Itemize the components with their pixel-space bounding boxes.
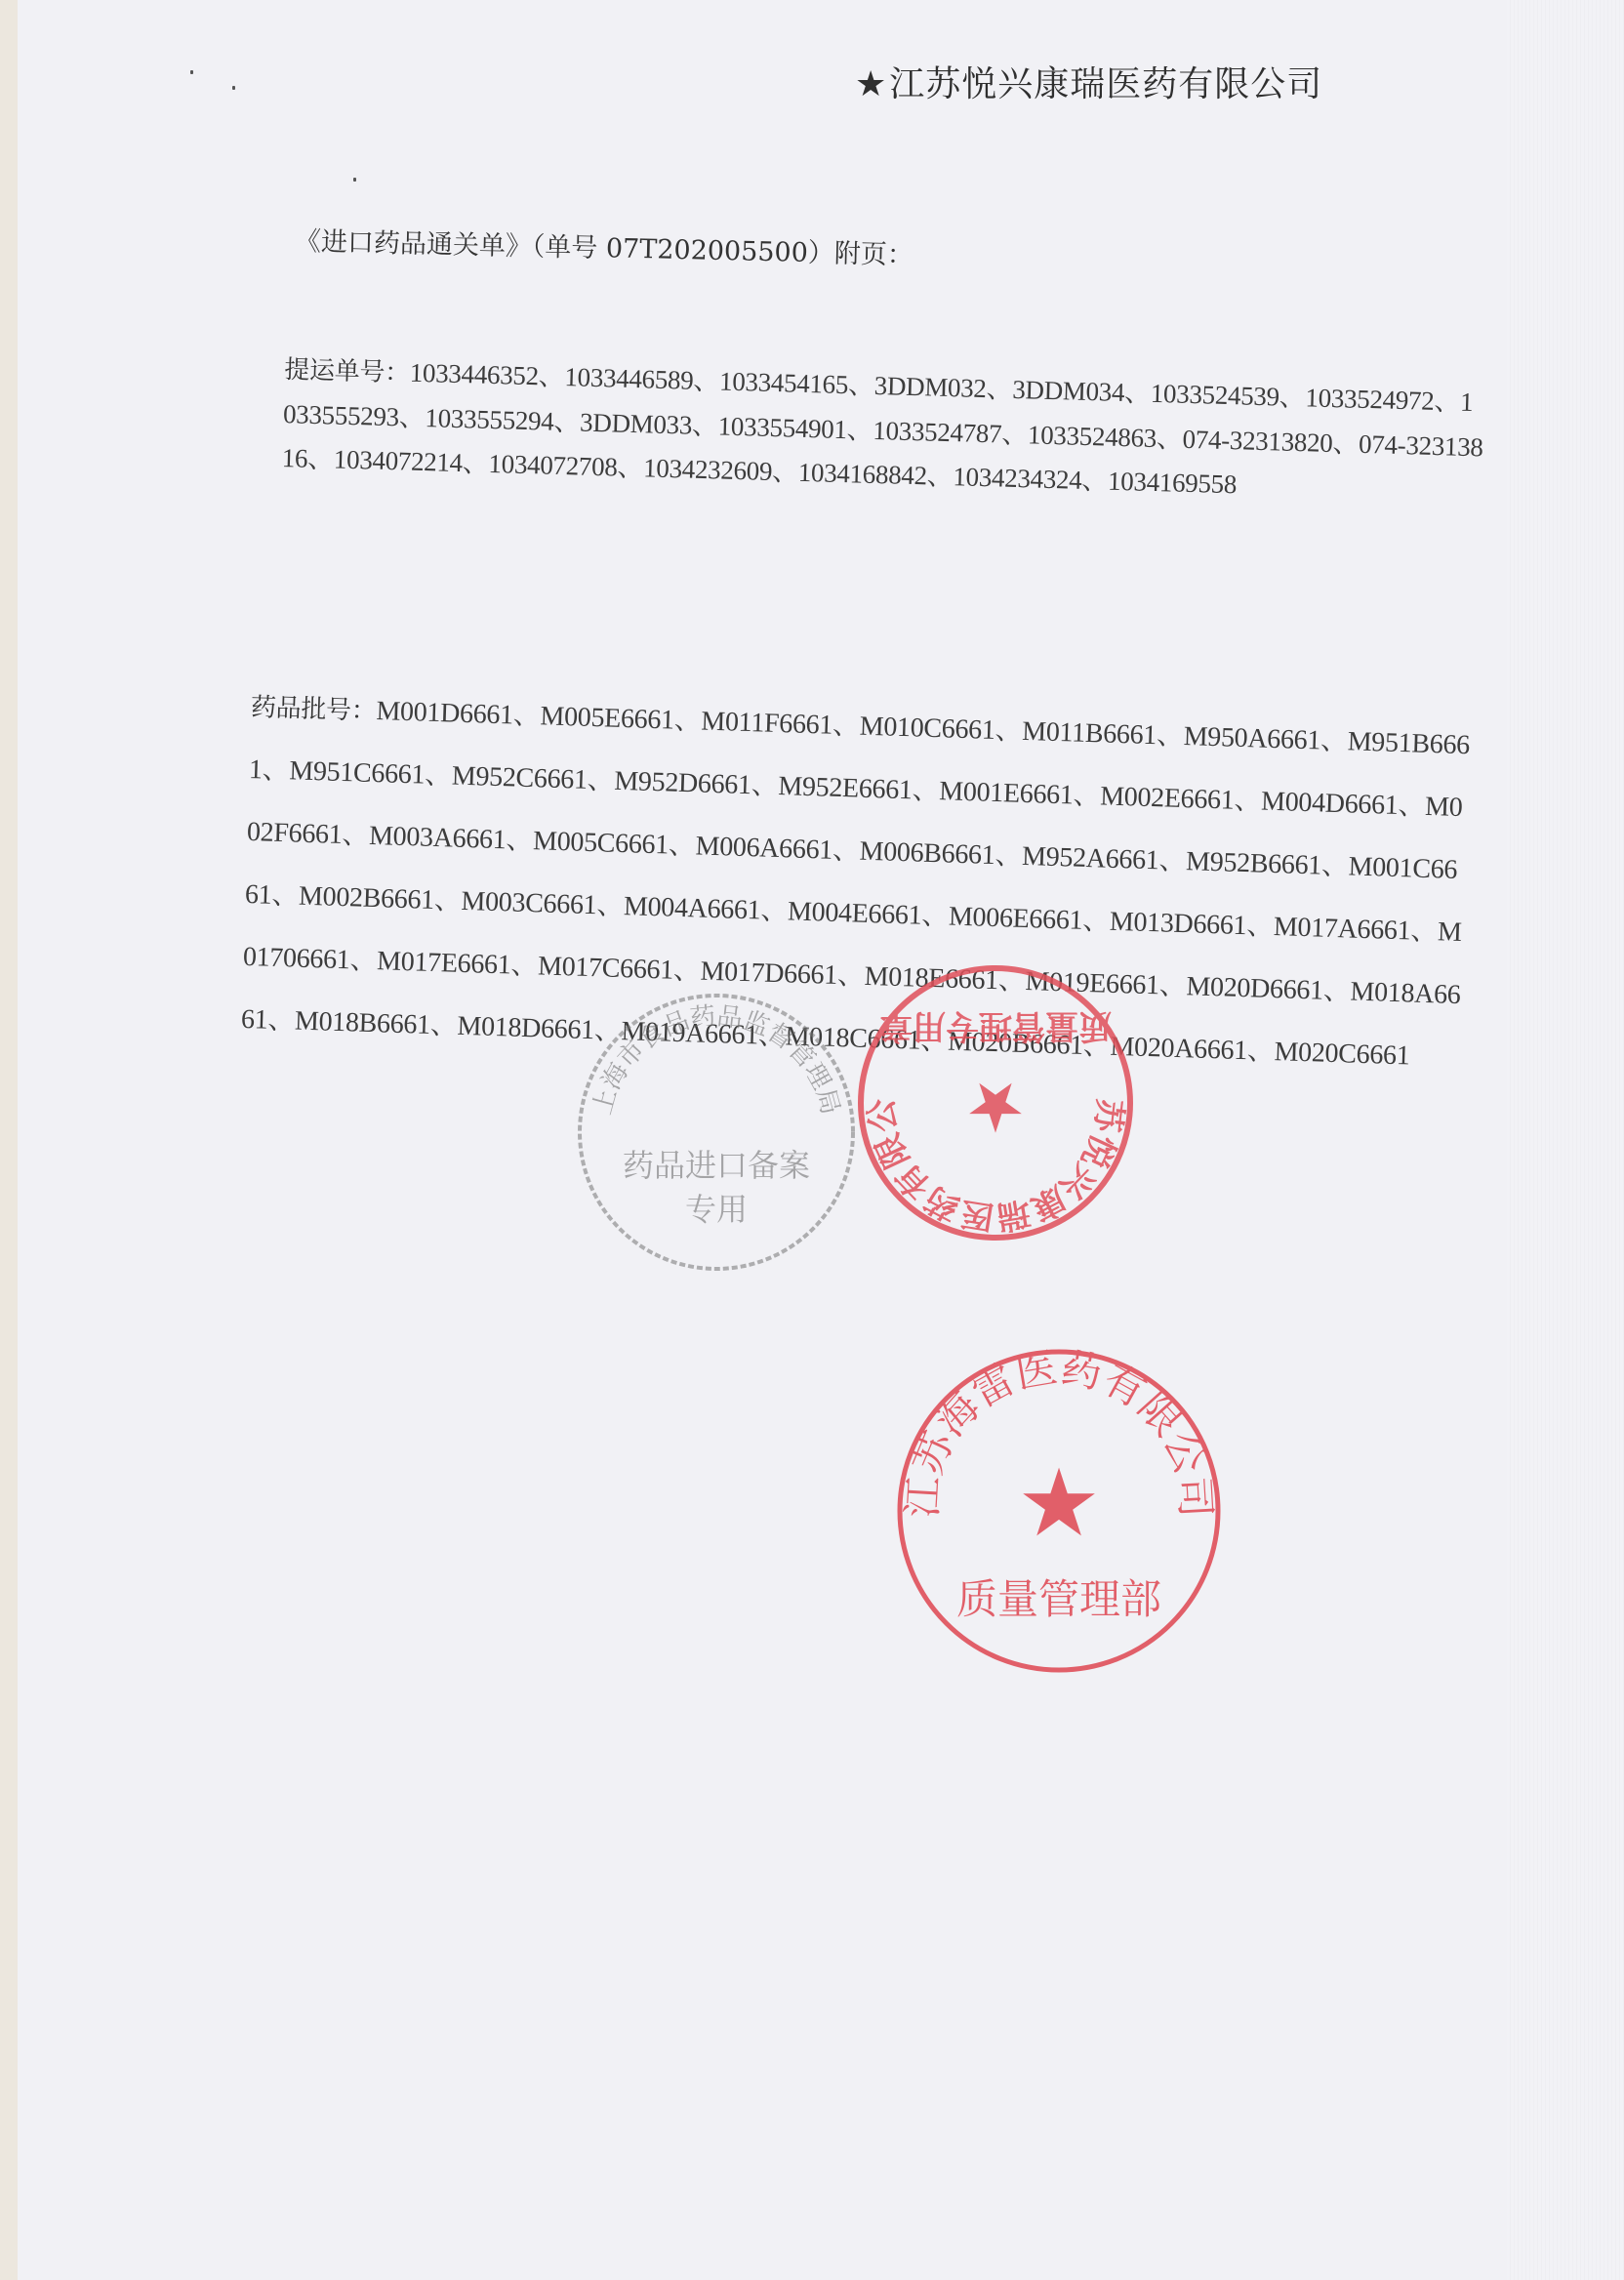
customs-stamp: 上海市食品药品监督管理局 药品进口备案 专用: [570, 986, 863, 1279]
bill-of-lading-section: 提运单号：1033446352、1033446589、1033454165、3D…: [281, 347, 1484, 513]
document-title: 《进口药品通关单》（单号 07T202005500）附页：: [295, 220, 914, 271]
svg-text:上海市食品药品监督管理局: 上海市食品药品监督管理局: [588, 1001, 844, 1118]
svg-text:专用: 专用: [685, 1191, 748, 1228]
bill-of-lading-label: 提运单号：: [284, 355, 410, 388]
bill-of-lading-values: 1033446352、1033446589、1033454165、3DDM032…: [281, 358, 1483, 500]
svg-text:★: ★: [965, 1067, 1027, 1147]
bill-of-lading-list: 提运单号：1033446352、1033446589、1033454165、3D…: [281, 347, 1484, 513]
company-stamp-upside-down: 江苏悦兴康瑞医药有限公司 ★ 质量管理专用章: [854, 961, 1137, 1244]
scan-speck: [190, 70, 193, 74]
scan-edge-right: [1507, 0, 1624, 2280]
company-header: ★江苏悦兴康瑞医药有限公司: [855, 57, 1322, 106]
scan-edge: [0, 0, 18, 2280]
star-icon: ★: [855, 64, 887, 104]
company-name: 江苏悦兴康瑞医药有限公司: [889, 64, 1322, 104]
quality-dept-stamp: 江苏海雷医药有限公司 ★ 质量管理部: [893, 1345, 1225, 1677]
scan-speck: [232, 86, 235, 90]
svg-text:质量管理专用章: 质量管理专用章: [879, 1006, 1112, 1045]
scan-speck: [353, 178, 356, 182]
svg-text:药品进口备案: 药品进口备案: [623, 1147, 810, 1184]
svg-text:质量管理部: 质量管理部: [956, 1575, 1161, 1623]
batch-number-label: 药品批号：: [251, 693, 377, 726]
svg-text:★: ★: [1017, 1448, 1101, 1558]
